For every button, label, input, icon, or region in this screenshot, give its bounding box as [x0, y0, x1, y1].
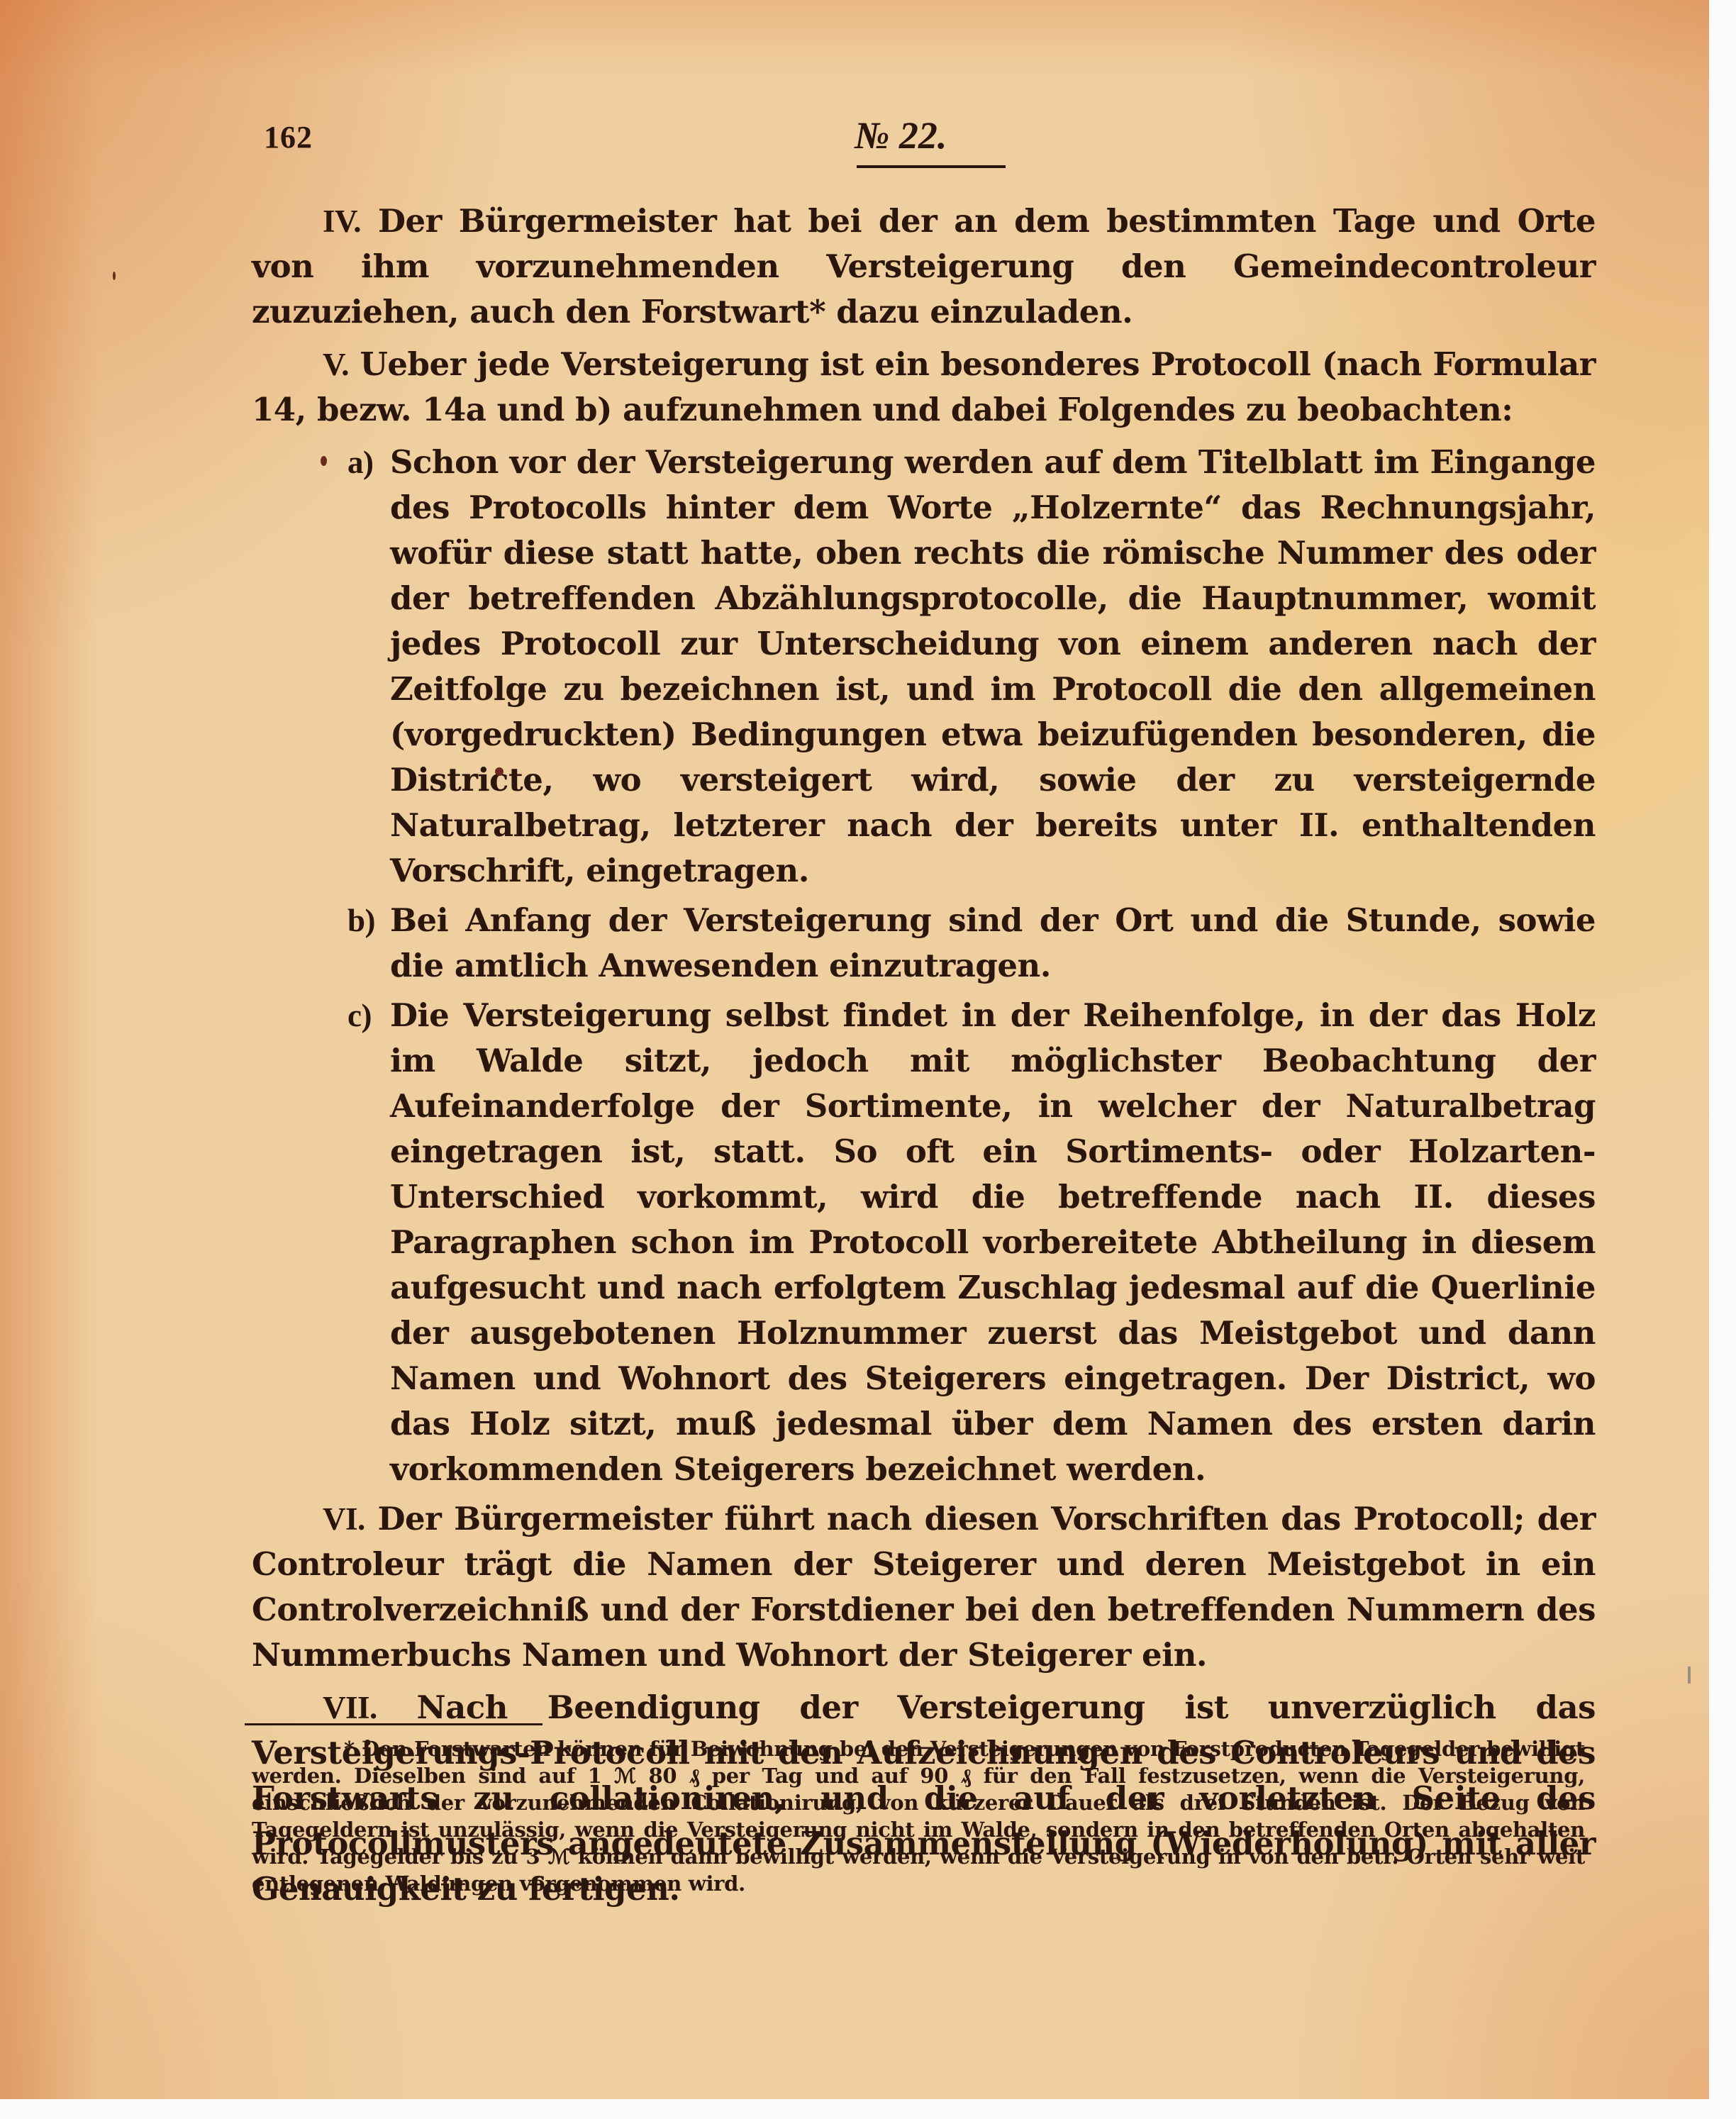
section-vi: VI. Der Bürgermeister führt nach diesen …	[252, 1496, 1596, 1678]
item-marker: b)	[347, 898, 375, 943]
list-item-c: c) Die Versteigerung selbst findet in de…	[252, 993, 1596, 1492]
scanned-page: 162 № 22. IV. Der Bürgermeister hat bei …	[0, 0, 1709, 2099]
body-text: IV. Der Bürgermeister hat bei der an dem…	[252, 199, 1596, 1919]
item-text: Die Versteigerung selbst findet in der R…	[390, 996, 1596, 1488]
item-marker: a)	[347, 440, 374, 485]
footnote: * Den Forstwarten können für Beiwohnung …	[252, 1735, 1585, 1897]
ink-speck	[495, 767, 503, 776]
issue-number-header: № 22.	[855, 113, 947, 157]
section-numeral: VI.	[323, 1501, 365, 1537]
footnote-text: Den Forstwarten können für Beiwohnung be…	[252, 1737, 1585, 1896]
ink-speck	[113, 272, 116, 280]
section-v: V. Ueber jede Versteigerung ist ein beso…	[252, 342, 1596, 433]
header-underline	[857, 165, 1006, 168]
item-text: Bei Anfang der Versteigerung sind der Or…	[390, 901, 1596, 984]
footnote-separator	[245, 1723, 542, 1725]
section-text: Der Bürgermeister hat bei der an dem bes…	[252, 202, 1596, 330]
list-item-a: a) Schon vor der Versteigerung werden au…	[252, 440, 1596, 894]
item-marker: c)	[347, 993, 372, 1038]
list-item-b: b) Bei Anfang der Versteigerung sind der…	[252, 898, 1596, 989]
footnote-marker: *	[344, 1737, 355, 1761]
page-number: 162	[264, 119, 313, 155]
ink-speck	[321, 456, 327, 466]
section-numeral: IV.	[323, 204, 361, 239]
section-iv: IV. Der Bürgermeister hat bei der an dem…	[252, 199, 1596, 335]
section-text: Der Bürgermeister führt nach diesen Vors…	[252, 1500, 1596, 1674]
section-v-items: a) Schon vor der Versteigerung werden au…	[252, 440, 1596, 1492]
section-numeral: V.	[323, 347, 349, 382]
section-text: Ueber jede Versteigerung ist ein besonde…	[252, 345, 1596, 428]
item-text: Schon vor der Versteigerung werden auf d…	[390, 443, 1596, 889]
scan-mark	[1688, 1667, 1691, 1684]
section-numeral: VII.	[323, 1690, 377, 1725]
